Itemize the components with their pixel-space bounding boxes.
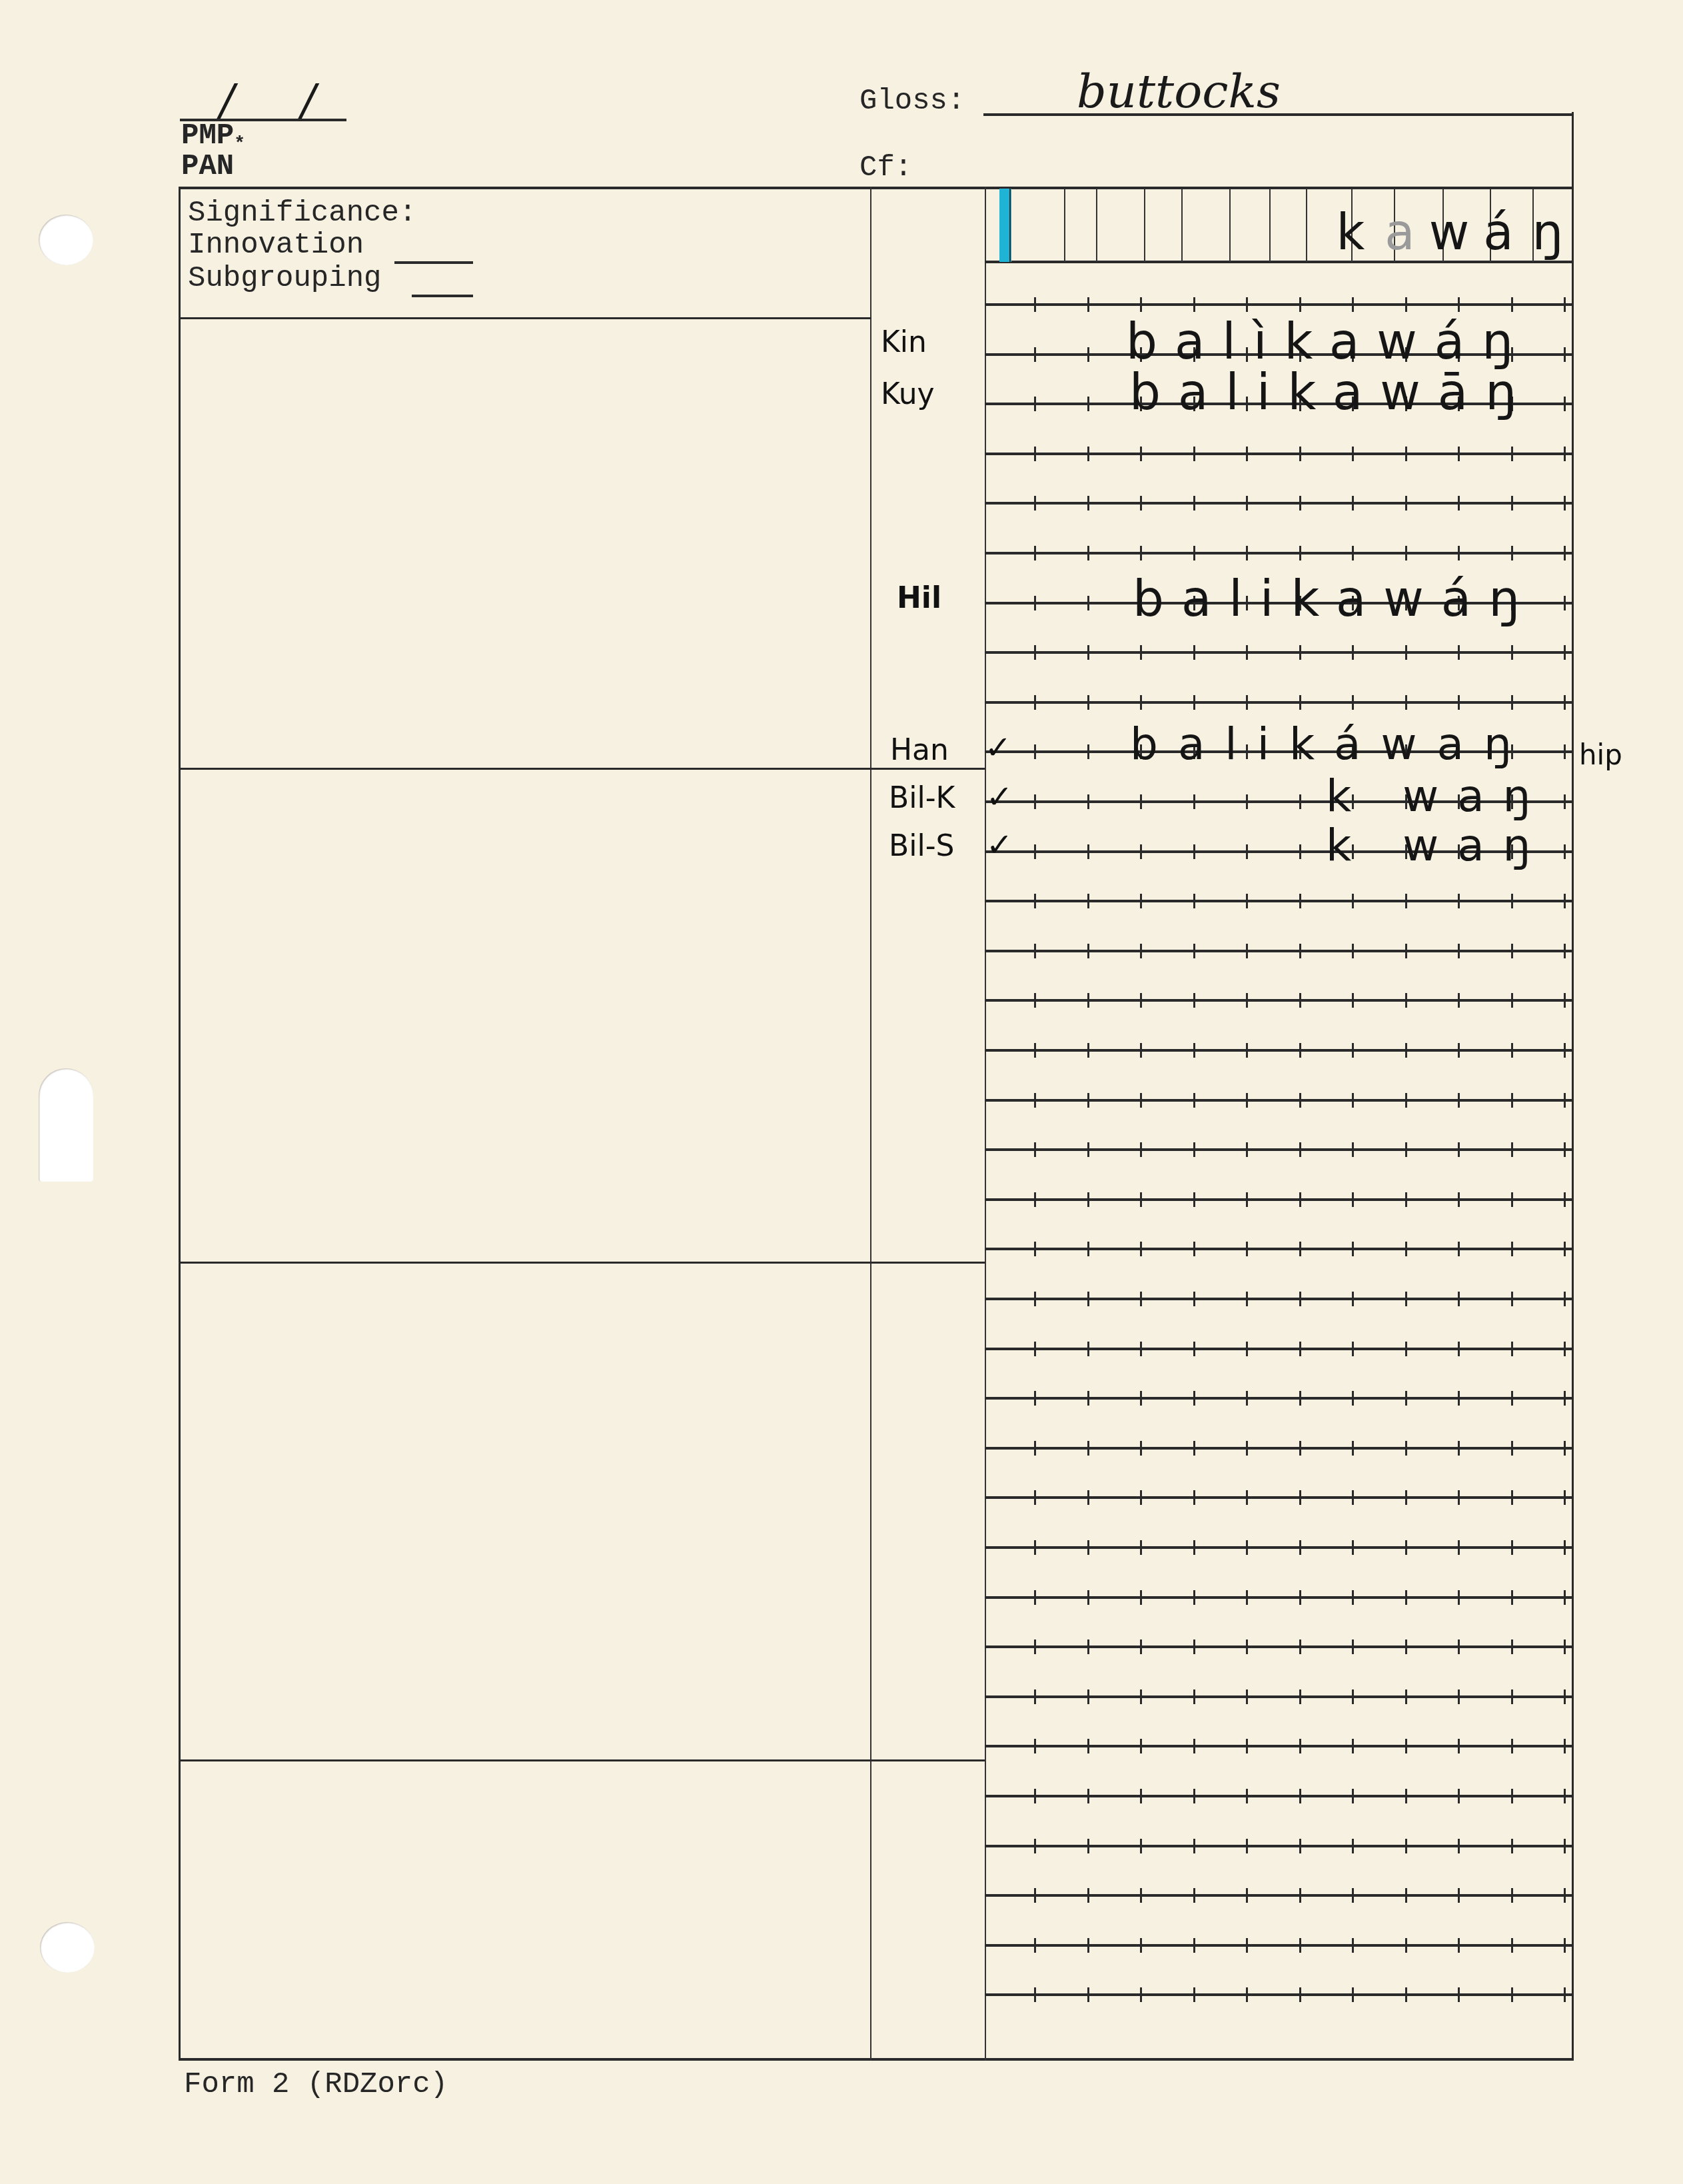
- ruled-row-tick: [1246, 1590, 1248, 1605]
- ruled-row-tick: [1564, 1292, 1566, 1306]
- cf-field[interactable]: [919, 147, 1559, 180]
- ruled-row-tick: [1564, 1987, 1566, 2002]
- ruled-row-tick: [1511, 1490, 1513, 1505]
- ruled-row-tick: [1352, 1938, 1354, 1953]
- cognate-form-kin[interactable]: balìkawáŋ: [1126, 313, 1530, 371]
- ruled-row-tick: [1299, 844, 1301, 859]
- ruled-row-tick: [1299, 1043, 1301, 1058]
- ruled-row-tick: [1511, 1639, 1513, 1654]
- ruled-row-tick: [1246, 1689, 1248, 1704]
- language-label-hil: Hil: [897, 581, 941, 615]
- ruled-row-tick: [1352, 1888, 1354, 1903]
- note-han: hip: [1579, 738, 1622, 771]
- ruled-row-tick: [1564, 1043, 1566, 1058]
- ruled-row-tick: [1087, 1639, 1089, 1654]
- ruled-row-tick: [1511, 447, 1513, 461]
- ruled-row-tick: [1193, 1540, 1195, 1555]
- ruled-row-tick: [1352, 645, 1354, 660]
- ruled-row-tick: [1405, 1739, 1407, 1753]
- ruled-row-tick: [1299, 1142, 1301, 1157]
- ruled-row-tick: [1511, 645, 1513, 660]
- ruled-row-tick: [1405, 546, 1407, 560]
- ruled-row-tick: [1564, 1639, 1566, 1654]
- ruled-row-tick: [1458, 1292, 1460, 1306]
- ruled-row-tick: [1193, 1789, 1195, 1803]
- ruled-row-tick: [1352, 1441, 1354, 1456]
- ruled-row-tick: [1405, 496, 1407, 511]
- ruled-row-tick: [1352, 894, 1354, 908]
- ruled-row-tick: [1405, 1043, 1407, 1058]
- ruled-row-tick: [1458, 1043, 1460, 1058]
- ruled-row-tick: [1299, 794, 1301, 809]
- ruled-row-tick: [1087, 1987, 1089, 2002]
- ruled-row-tick: [1034, 397, 1036, 411]
- ruled-row-tick: [1193, 844, 1195, 859]
- recon-letter: k: [1326, 204, 1375, 261]
- ruled-row-tick: [1405, 1490, 1407, 1505]
- ruled-row-tick: [1087, 447, 1089, 461]
- ruled-row-tick: [1193, 894, 1195, 908]
- ruled-row-tick: [1564, 447, 1566, 461]
- recon-letter-faded: a: [1375, 204, 1424, 261]
- punch-hole-bottom: [40, 1922, 95, 1973]
- ruled-row-tick: [1352, 1242, 1354, 1256]
- ruled-row-tick: [1087, 1142, 1089, 1157]
- ruled-row-tick: [1246, 1391, 1248, 1406]
- ruled-row-tick: [1405, 1888, 1407, 1903]
- ruled-row-tick: [1352, 1789, 1354, 1803]
- ruled-row-tick: [1087, 1391, 1089, 1406]
- ruled-row-tick: [1140, 1490, 1142, 1505]
- ruled-row-tick: [1193, 1590, 1195, 1605]
- ruled-row-tick: [1458, 645, 1460, 660]
- cognate-form-bil-s[interactable]: k waŋ: [1326, 820, 1549, 871]
- ruled-row-tick: [1564, 596, 1566, 610]
- ruled-row-tick: [1511, 1839, 1513, 1853]
- ruled-row-tick: [1140, 1292, 1142, 1306]
- ruled-row-tick: [1405, 1391, 1407, 1406]
- ruled-row-tick: [1087, 1441, 1089, 1456]
- ruled-row-tick: [1564, 1342, 1566, 1356]
- ruled-row-tick: [1352, 695, 1354, 710]
- ruled-row-tick: [1564, 546, 1566, 560]
- ruled-row-line: [985, 1596, 1574, 1599]
- reconstruction-cell-divider: [1144, 189, 1145, 262]
- ruled-row-tick: [1246, 794, 1248, 809]
- gloss-field[interactable]: buttocks: [983, 80, 1574, 116]
- gloss-value: buttocks: [1077, 64, 1281, 119]
- ruled-row-tick: [1564, 1490, 1566, 1505]
- ruled-row-tick: [1564, 1391, 1566, 1406]
- ruled-row-tick: [1458, 1192, 1460, 1207]
- ruled-row-tick: [1352, 1839, 1354, 1853]
- ruled-row-tick: [1087, 1590, 1089, 1605]
- ruled-row-tick: [1034, 1292, 1036, 1306]
- ruled-row-tick: [1299, 1689, 1301, 1704]
- ruled-row-tick: [1246, 297, 1248, 312]
- ruled-row-tick: [1140, 1142, 1142, 1157]
- ruled-row-tick: [1087, 596, 1089, 610]
- ruled-row-tick: [1458, 1142, 1460, 1157]
- ruled-row-tick: [1193, 1391, 1195, 1406]
- ruled-row-tick: [1564, 347, 1566, 362]
- ruled-row-tick: [1405, 1938, 1407, 1953]
- punch-hole-top: [39, 215, 93, 265]
- language-label-bil-s: Bil-S: [889, 829, 954, 863]
- ruled-row-tick: [1034, 1093, 1036, 1108]
- ruled-row-tick: [1140, 1938, 1142, 1953]
- ruled-row-tick: [1193, 1043, 1195, 1058]
- ruled-row-tick: [1458, 695, 1460, 710]
- ruled-row-tick: [1087, 1342, 1089, 1356]
- ruled-row-tick: [1511, 1242, 1513, 1256]
- ruled-row-tick: [1140, 1043, 1142, 1058]
- ruled-row-tick: [1140, 944, 1142, 958]
- ruled-row-tick: [1511, 1739, 1513, 1753]
- ruled-row-tick: [1034, 1142, 1036, 1157]
- notes-area-2[interactable]: [181, 770, 869, 1260]
- ruled-row-tick: [1405, 297, 1407, 312]
- ruled-row-tick: [1299, 1839, 1301, 1853]
- ruled-row-tick: [1511, 1441, 1513, 1456]
- ruled-row-tick: [1193, 1639, 1195, 1654]
- language-label-han: Han: [890, 733, 949, 767]
- ruled-row-tick: [1405, 1689, 1407, 1704]
- ruled-row-line: [985, 999, 1574, 1002]
- recon-letter: ŋ: [1523, 204, 1572, 261]
- ruled-row-tick: [1299, 1192, 1301, 1207]
- ruled-row-tick: [1299, 297, 1301, 312]
- ruled-row-tick: [1246, 1093, 1248, 1108]
- ruled-row-line: [985, 651, 1574, 654]
- ruled-row-tick: [1193, 496, 1195, 511]
- cognate-form-han[interactable]: balikáwaŋ: [1130, 718, 1532, 770]
- ruled-row-tick: [1299, 645, 1301, 660]
- reconstruction-cell-divider: [1229, 189, 1231, 262]
- ruled-row-tick: [1299, 1391, 1301, 1406]
- frame-left-border: [179, 187, 181, 2061]
- ruled-row-tick: [1564, 1789, 1566, 1803]
- ruled-row-tick: [1458, 1441, 1460, 1456]
- ruled-row-tick: [1246, 1888, 1248, 1903]
- ruled-row-tick: [1352, 1540, 1354, 1555]
- ruled-row-tick: [1246, 1639, 1248, 1654]
- ruled-row-tick: [1405, 1987, 1407, 2002]
- ruled-row-tick: [1087, 397, 1089, 411]
- date-slashes: / /: [220, 76, 342, 125]
- ruled-row-tick: [1246, 695, 1248, 710]
- ruled-row-tick: [1564, 1242, 1566, 1256]
- ruled-row-tick: [1458, 1391, 1460, 1406]
- ruled-row-tick: [1405, 894, 1407, 908]
- ruled-row-tick: [1034, 794, 1036, 809]
- ruled-row-tick: [1511, 1192, 1513, 1207]
- ruled-row-line: [985, 1894, 1574, 1897]
- ruled-row-tick: [1140, 1839, 1142, 1853]
- ruled-row-tick: [1299, 1789, 1301, 1803]
- ruled-row-tick: [1087, 844, 1089, 859]
- ruled-row-tick: [1458, 1342, 1460, 1356]
- ruled-row-tick: [1564, 645, 1566, 660]
- ruled-row-tick: [1140, 1242, 1142, 1256]
- ruled-row-line: [985, 1447, 1574, 1450]
- notes-area-1[interactable]: [181, 320, 869, 766]
- ruled-row-tick: [1458, 1590, 1460, 1605]
- ruled-row-tick: [1511, 1292, 1513, 1306]
- ruled-row-tick: [1246, 1242, 1248, 1256]
- ruled-row-tick: [1458, 546, 1460, 560]
- ruled-row-tick: [1564, 1590, 1566, 1605]
- ruled-row-tick: [1564, 1839, 1566, 1853]
- ruled-row-tick: [1034, 496, 1036, 511]
- ruled-row-tick: [1299, 695, 1301, 710]
- ruled-row-tick: [1458, 1888, 1460, 1903]
- ruled-row-tick: [1034, 1639, 1036, 1654]
- ruled-row-tick: [1034, 1987, 1036, 2002]
- ruled-row-tick: [1299, 1590, 1301, 1605]
- frame-bottom-line: [179, 2058, 1574, 2061]
- ruled-row-tick: [1564, 695, 1566, 710]
- ruled-row-tick: [1087, 1540, 1089, 1555]
- notes-divider-1: [179, 768, 985, 770]
- ruled-row-tick: [1299, 447, 1301, 461]
- ruled-row-line: [985, 1745, 1574, 1747]
- ruled-row-tick: [1034, 944, 1036, 958]
- ruled-row-line: [985, 900, 1574, 902]
- ruled-row-tick: [1034, 1888, 1036, 1903]
- ruled-row-tick: [1299, 993, 1301, 1008]
- ruled-row-tick: [1140, 1342, 1142, 1356]
- ruled-row-tick: [1034, 695, 1036, 710]
- ruled-row-tick: [1246, 894, 1248, 908]
- frame-right-border: [1572, 187, 1574, 2061]
- form-footer-label: Form 2 (RDZorc): [184, 2069, 448, 2101]
- ruled-row-tick: [1034, 1839, 1036, 1853]
- ruled-row-line: [985, 453, 1574, 455]
- ruled-row-tick: [1511, 1142, 1513, 1157]
- ruled-row-tick: [1034, 1590, 1036, 1605]
- ruled-row-tick: [1193, 1441, 1195, 1456]
- ruled-row-tick: [1087, 1789, 1089, 1803]
- ruled-row-tick: [1140, 1391, 1142, 1406]
- innovation-label: Innovation: [188, 229, 364, 261]
- ruled-row-tick: [1034, 1391, 1036, 1406]
- ruled-row-tick: [1087, 695, 1089, 710]
- ruled-row-tick: [1458, 1093, 1460, 1108]
- ruled-row-tick: [1564, 993, 1566, 1008]
- ruled-row-tick: [1405, 1789, 1407, 1803]
- ruled-row-tick: [1511, 1342, 1513, 1356]
- ruled-row-tick: [1034, 1043, 1036, 1058]
- ruled-row-tick: [1246, 844, 1248, 859]
- ruled-row-tick: [1299, 1739, 1301, 1753]
- language-label-bil-k: Bil-K: [889, 781, 955, 815]
- ruled-row-tick: [1511, 546, 1513, 560]
- reconstruction-cell-divider: [1064, 189, 1065, 262]
- ruled-row-tick: [1034, 596, 1036, 610]
- ruled-row-tick: [1564, 894, 1566, 908]
- ruled-row-line: [985, 1198, 1574, 1201]
- ruled-row-line: [985, 1496, 1574, 1499]
- notes-area-4[interactable]: [181, 1762, 869, 2057]
- ruled-row-tick: [1246, 1043, 1248, 1058]
- ruled-row-tick: [1087, 1888, 1089, 1903]
- ruled-row-tick: [1193, 645, 1195, 660]
- significance-divider: [179, 317, 871, 319]
- ruled-row-tick: [1193, 944, 1195, 958]
- reconstruction-cell-divider: [1306, 189, 1307, 262]
- ruled-row-tick: [1511, 1789, 1513, 1803]
- ruled-row-tick: [1352, 1192, 1354, 1207]
- ruled-row-line: [985, 1099, 1574, 1102]
- notes-area-3[interactable]: [181, 1264, 869, 1759]
- ruled-row-tick: [1246, 1342, 1248, 1356]
- ruled-row-tick: [1352, 1391, 1354, 1406]
- ruled-row-tick: [1140, 1540, 1142, 1555]
- ruled-row-tick: [1511, 1391, 1513, 1406]
- ruled-row-tick: [1140, 496, 1142, 511]
- ruled-row-tick: [1405, 944, 1407, 958]
- ruled-row-tick: [1246, 496, 1248, 511]
- ruled-row-tick: [1087, 1739, 1089, 1753]
- pmp-asterisk: *: [234, 134, 245, 155]
- ruled-row-tick: [1405, 1142, 1407, 1157]
- ruled-row-tick: [1564, 944, 1566, 958]
- ruled-row-tick: [1511, 496, 1513, 511]
- punch-hole-middle: [39, 1068, 93, 1182]
- ruled-row-tick: [1246, 1490, 1248, 1505]
- ruled-row-tick: [1140, 1639, 1142, 1654]
- ruled-row-tick: [1511, 1093, 1513, 1108]
- cognate-form-hil[interactable]: balikawáŋ: [1133, 570, 1537, 628]
- ruled-row-tick: [1352, 1689, 1354, 1704]
- ruled-row-tick: [1087, 1292, 1089, 1306]
- ruled-row-tick: [1352, 546, 1354, 560]
- ruled-row-tick: [1246, 1987, 1248, 2002]
- ruled-row-tick: [1246, 944, 1248, 958]
- ruled-row-tick: [1140, 1590, 1142, 1605]
- ruled-row-tick: [1087, 347, 1089, 362]
- reconstruction-cell-divider: [1009, 189, 1011, 262]
- ruled-row-tick: [1511, 894, 1513, 908]
- ruled-row-tick: [1299, 894, 1301, 908]
- ruled-row-tick: [1511, 1938, 1513, 1953]
- ruled-row-tick: [1352, 297, 1354, 312]
- ruled-row-tick: [1140, 546, 1142, 560]
- ruled-row-tick: [1193, 1292, 1195, 1306]
- ruled-row-tick: [1299, 1938, 1301, 1953]
- ruled-row-line: [985, 1397, 1574, 1400]
- ruled-row-tick: [1352, 944, 1354, 958]
- ruled-row-tick: [1352, 496, 1354, 511]
- ruled-row-tick: [1299, 1888, 1301, 1903]
- ruled-row-tick: [1246, 1441, 1248, 1456]
- ruled-row-tick: [1511, 1987, 1513, 2002]
- cf-label: Cf:: [859, 152, 912, 184]
- ruled-row-tick: [1034, 546, 1036, 560]
- check-mark-han: ✓: [985, 729, 1011, 766]
- ruled-row-tick: [1087, 944, 1089, 958]
- ruled-row-tick: [1458, 1839, 1460, 1853]
- ruled-row-tick: [1564, 1142, 1566, 1157]
- ruled-row-tick: [1405, 1242, 1407, 1256]
- ruled-row-tick: [1246, 1292, 1248, 1306]
- ruled-row-tick: [1299, 1490, 1301, 1505]
- ruled-row-tick: [1193, 1839, 1195, 1853]
- reconstruction-cell-divider: [1269, 189, 1271, 262]
- ruled-row-tick: [1087, 546, 1089, 560]
- ruled-row-tick: [1405, 447, 1407, 461]
- subgrouping-field[interactable]: [412, 291, 473, 297]
- ruled-row-tick: [1140, 1689, 1142, 1704]
- ruled-row-tick: [1140, 447, 1142, 461]
- ruled-row-tick: [1458, 944, 1460, 958]
- innovation-field[interactable]: [394, 257, 473, 264]
- ruled-row-tick: [1299, 944, 1301, 958]
- ruled-row-line: [985, 502, 1574, 505]
- ruled-row-tick: [1087, 1938, 1089, 1953]
- ruled-row-tick: [1299, 1441, 1301, 1456]
- ruled-row-tick: [1140, 844, 1142, 859]
- ruled-row-tick: [1246, 645, 1248, 660]
- ruled-row-tick: [1246, 1142, 1248, 1157]
- ruled-row-tick: [1299, 1342, 1301, 1356]
- ruled-row-tick: [1034, 1938, 1036, 1953]
- ruled-row-tick: [1352, 1590, 1354, 1605]
- ruled-row-tick: [1299, 1242, 1301, 1256]
- ruled-row-tick: [1564, 297, 1566, 312]
- ruled-row-tick: [1511, 695, 1513, 710]
- cognate-form-kuy[interactable]: balikawāŋ: [1129, 364, 1534, 421]
- ruled-row-tick: [1352, 1342, 1354, 1356]
- ruled-row-tick: [1193, 794, 1195, 809]
- date-field[interactable]: / /: [180, 85, 346, 121]
- cognate-form-bil-k[interactable]: k waŋ: [1326, 770, 1549, 822]
- ruled-row-tick: [1458, 1490, 1460, 1505]
- reconstruction-cell-divider: [1096, 189, 1097, 262]
- ruled-row-tick: [1352, 1142, 1354, 1157]
- recon-letter: w: [1424, 204, 1474, 261]
- ruled-row-tick: [1299, 496, 1301, 511]
- ruled-row-tick: [1087, 1043, 1089, 1058]
- ruled-row-tick: [1352, 1043, 1354, 1058]
- ruled-row-tick: [1405, 1192, 1407, 1207]
- ruled-row-tick: [1352, 1292, 1354, 1306]
- ruled-row-tick: [1087, 794, 1089, 809]
- ruled-row-tick: [1511, 1590, 1513, 1605]
- ruled-row-tick: [1405, 1342, 1407, 1356]
- ruled-row-tick: [1352, 1639, 1354, 1654]
- check-mark-bil-k: ✓: [986, 778, 1013, 816]
- ruled-row-line: [985, 1845, 1574, 1847]
- ruled-row-tick: [1246, 447, 1248, 461]
- language-label-kin: Kin: [881, 325, 927, 359]
- ruled-row-tick: [1034, 1490, 1036, 1505]
- ruled-row-tick: [1193, 1689, 1195, 1704]
- notes-divider-2: [179, 1262, 985, 1264]
- ruled-row-tick: [1193, 1142, 1195, 1157]
- ruled-row-tick: [1405, 1839, 1407, 1853]
- ruled-row-tick: [1140, 297, 1142, 312]
- ruled-row-tick: [1511, 297, 1513, 312]
- ruled-row-tick: [1246, 1839, 1248, 1853]
- ruled-row-tick: [1193, 1938, 1195, 1953]
- ruled-row-tick: [1193, 1739, 1195, 1753]
- ruled-row-tick: [1034, 744, 1036, 759]
- ruled-row-line: [985, 1993, 1574, 1996]
- ruled-row-line: [985, 950, 1574, 952]
- ruled-row-tick: [1087, 1689, 1089, 1704]
